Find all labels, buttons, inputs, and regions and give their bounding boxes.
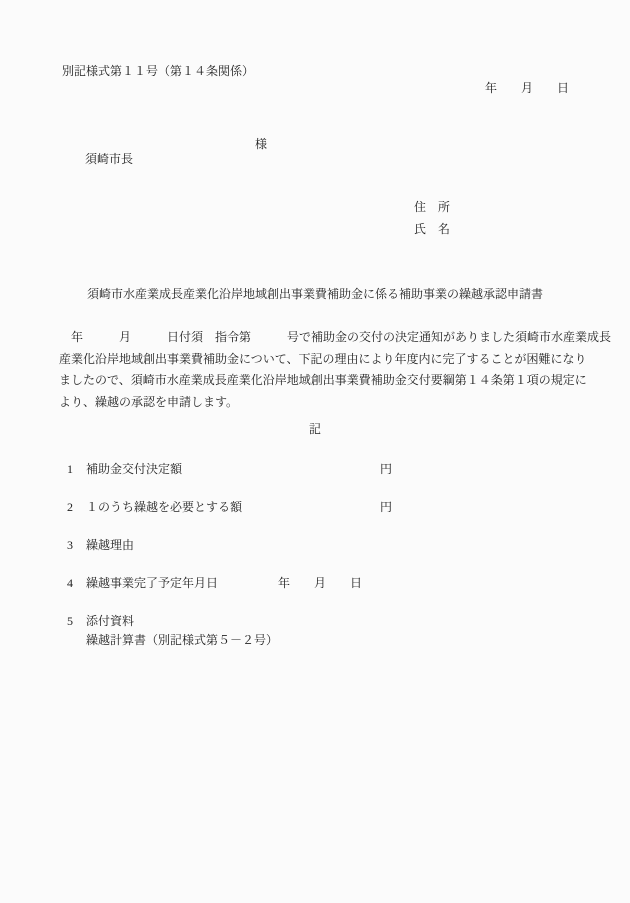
body-line-4: より、繰越の承認を申請します。 bbox=[59, 392, 599, 414]
body-line-2: 産業化沿岸地域創出事業費補助金について、下記の理由により年度内に完了することが困… bbox=[59, 349, 599, 371]
item-5-label: 添付資料 bbox=[86, 614, 134, 629]
addressee-title: 須崎市長 bbox=[85, 152, 133, 166]
addressee-honorific: 様 bbox=[255, 137, 267, 152]
document-title: 須崎市水産業成長産業化沿岸地域創出事業費補助金に係る補助事業の繰越承認申請書 bbox=[0, 287, 630, 302]
list-item-1: 1 補助金交付決定額 円 bbox=[0, 462, 630, 477]
body-line-3: ましたので、須崎市水産業成長産業化沿岸地域創出事業費補助金交付要綱第１４条第１項… bbox=[59, 370, 599, 392]
list-item-3: 3 繰越理由 bbox=[0, 538, 630, 553]
item-3-number: 3 bbox=[67, 538, 73, 553]
body-paragraph: 年 月 日付須 指令第 号で補助金の交付の決定通知がありました須崎市水産業成長 … bbox=[59, 327, 599, 413]
sender-address-label: 住 所 bbox=[414, 196, 450, 218]
sender-name-label: 氏 名 bbox=[414, 218, 450, 240]
section-marker: 記 bbox=[0, 422, 630, 437]
document-page: 別記様式第１１号（第１４条関係） 年 月 日 須崎市長 様 住 所 氏 名 須崎… bbox=[0, 0, 630, 903]
list-item-2: 2 １のうち繰越を必要とする額 円 bbox=[0, 500, 630, 515]
item-5-number: 5 bbox=[67, 614, 73, 629]
item-1-label: 補助金交付決定額 bbox=[86, 462, 182, 477]
item-2-label: １のうち繰越を必要とする額 bbox=[86, 500, 242, 515]
item-4-number: 4 bbox=[67, 576, 73, 591]
item-2-unit: 円 bbox=[380, 500, 392, 515]
item-4-label: 繰越事業完了予定年月日 bbox=[86, 576, 218, 591]
list-item-5: 5 添付資料 bbox=[0, 614, 630, 629]
item-1-unit: 円 bbox=[380, 462, 392, 477]
form-number: 別記様式第１１号（第１４条関係） bbox=[62, 64, 254, 79]
attachment-label: 繰越計算書（別記様式第５－２号） bbox=[86, 633, 278, 648]
addressee-line: 須崎市長 様 bbox=[73, 137, 473, 197]
item-1-number: 1 bbox=[67, 462, 73, 477]
item-2-number: 2 bbox=[67, 500, 73, 515]
list-item-4: 4 繰越事業完了予定年月日 年 月 日 bbox=[0, 576, 630, 591]
list-item-5-attachment: 繰越計算書（別記様式第５－２号） bbox=[0, 633, 630, 648]
body-line-1: 年 月 日付須 指令第 号で補助金の交付の決定通知がありました須崎市水産業成長 bbox=[59, 327, 599, 349]
date-line: 年 月 日 bbox=[485, 81, 569, 96]
item-3-label: 繰越理由 bbox=[86, 538, 134, 553]
item-4-date-field: 年 月 日 bbox=[278, 576, 362, 591]
sender-block: 住 所 氏 名 bbox=[414, 196, 450, 240]
